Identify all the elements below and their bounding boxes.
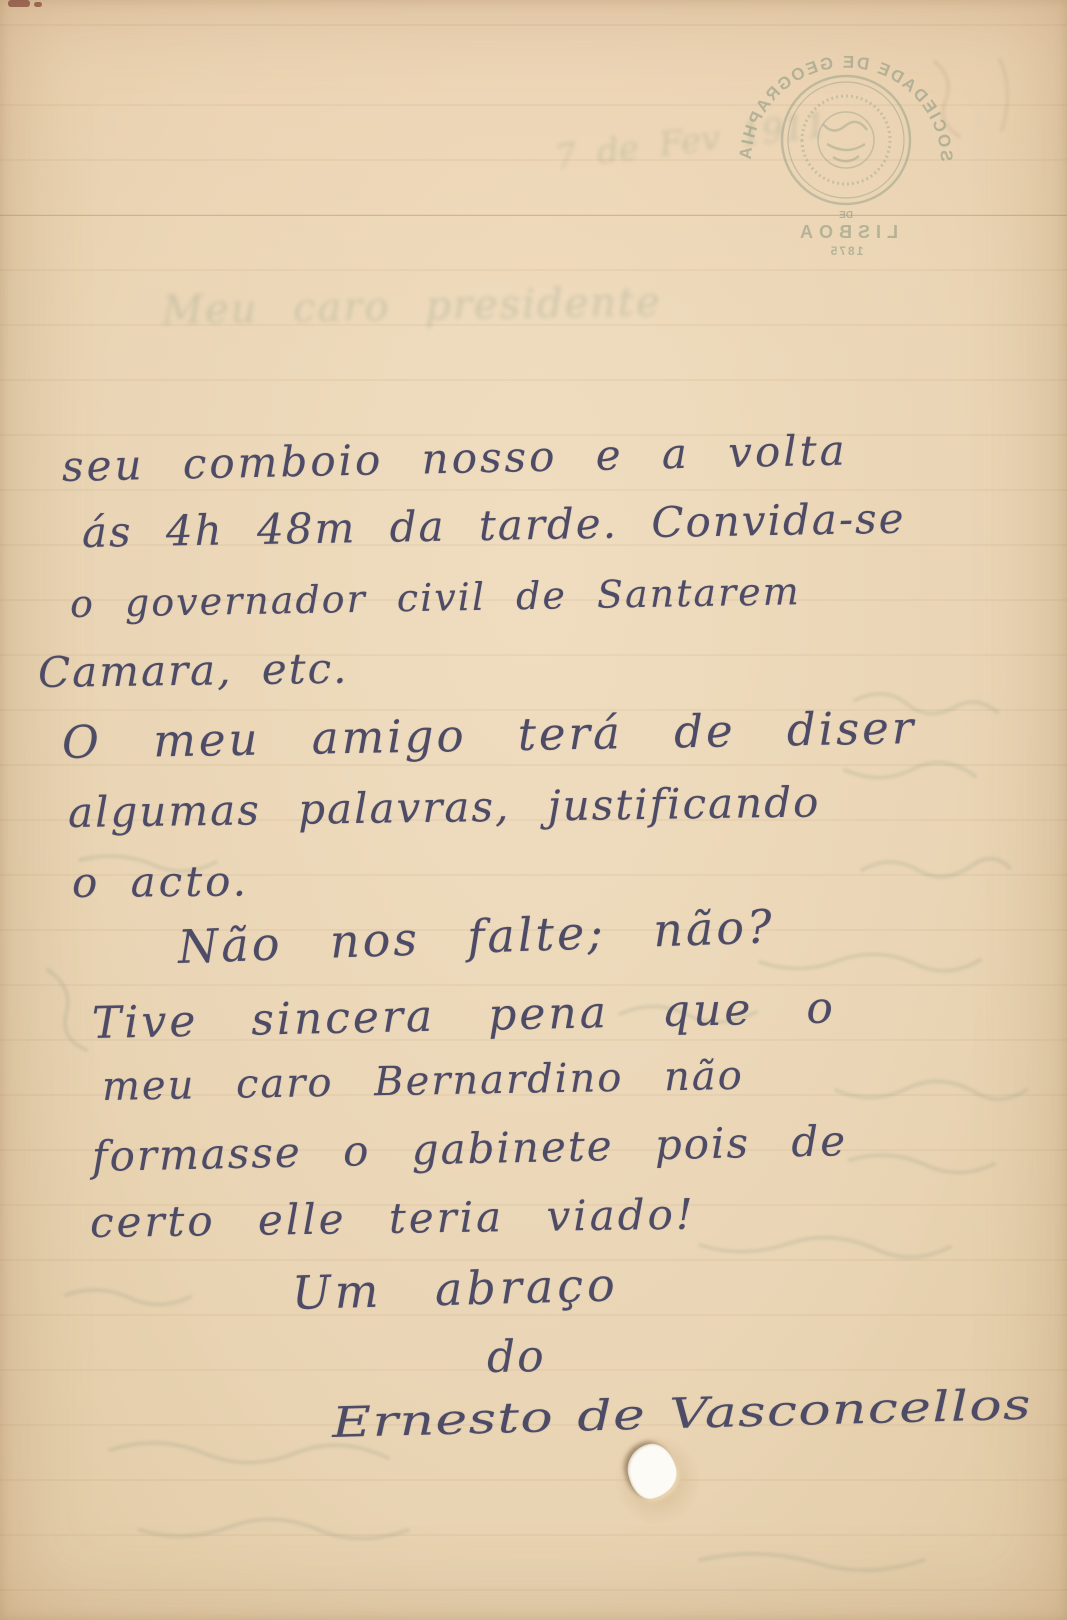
letter-line: formasse o gabinete pois de xyxy=(91,1116,847,1181)
seal-crest-emblem xyxy=(823,122,867,161)
letter-closing: Um abraço xyxy=(291,1257,619,1320)
letter-line: ás 4h 48m da tarde. Convida-se xyxy=(82,494,906,557)
letter-page: SOCIEDADE DE GEOGRAPHIA DE LISBOA 1875 7… xyxy=(0,0,1067,1620)
letter-line: Não nos falte; não? xyxy=(177,899,775,974)
letter-line: Tive sincera pena que o xyxy=(91,982,836,1049)
paper-speck xyxy=(34,2,42,7)
letter-closing: do xyxy=(487,1331,547,1383)
paper-speck xyxy=(8,0,30,7)
seal-word-de: DE xyxy=(839,210,853,221)
letter-line: certo elle teria viado! xyxy=(90,1190,696,1247)
letter-line: seu comboio nosso e a volta xyxy=(61,426,848,491)
seal-word-year: 1875 xyxy=(829,244,864,258)
letter-line: o acto. xyxy=(72,856,249,907)
letter-line: o governador civil de Santarem xyxy=(70,569,801,626)
letter-line: algumas palavras, justificando xyxy=(68,777,821,837)
letter-line: Camara, etc. xyxy=(38,644,349,697)
seal-word-lisboa: LISBOA xyxy=(794,222,898,242)
letter-line: meu caro Bernardino não xyxy=(102,1053,745,1110)
ghost-salutation: Meu caro presidente xyxy=(162,279,663,334)
letter-line: O meu amigo terá de diser xyxy=(62,701,917,769)
